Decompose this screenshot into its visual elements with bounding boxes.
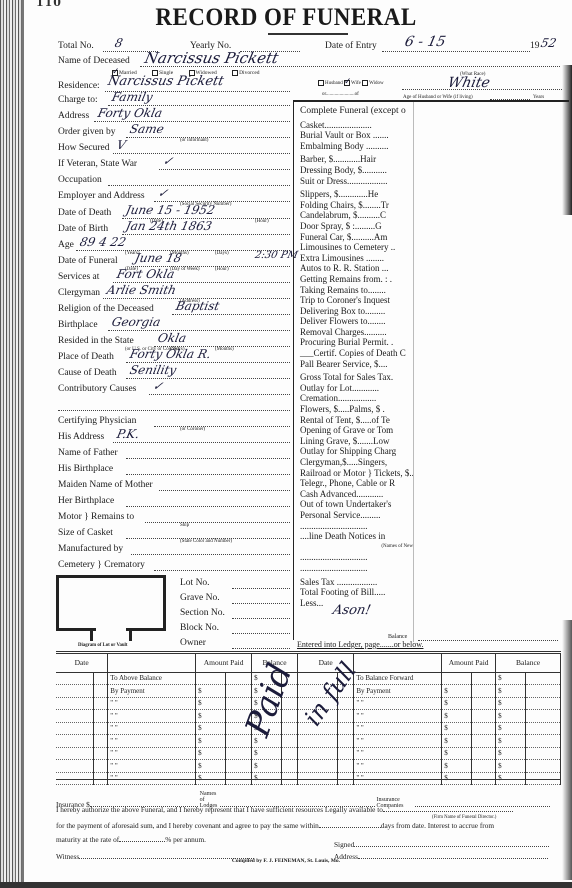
charge-line-item[interactable]: Burial Vault or Box ....... [296, 130, 413, 141]
race-value[interactable]: White [446, 75, 491, 91]
ledger-balance[interactable]: $ [496, 672, 526, 685]
date-of-entry-line [382, 51, 530, 52]
detail-input-line[interactable] [113, 153, 290, 154]
charge-line-item[interactable]: Telegr., Phone, Cable or R [296, 478, 413, 489]
ledger-cell[interactable] [282, 735, 298, 748]
ledger-cell[interactable] [472, 747, 496, 760]
checkbox-widow[interactable] [362, 80, 368, 86]
ledger-amount-paid[interactable]: $ [196, 697, 226, 710]
detail-label: Religion of the Deceased [58, 304, 154, 314]
ledger-row: " "$$ [298, 722, 561, 735]
year-prefix: 19 [530, 41, 540, 51]
ledger-amount-paid[interactable]: $ [196, 722, 226, 735]
charge-line-item[interactable]: .............................. [296, 552, 413, 563]
charges-list: Complete Funeral (except oCasket........… [296, 102, 414, 642]
ledger-amount-paid[interactable]: $ [442, 747, 472, 760]
charge-line-item[interactable]: Removal Charges.......... [296, 327, 413, 338]
charge-line-item[interactable]: Getting Remains from. : . [296, 274, 413, 285]
ledger-cell[interactable] [56, 760, 94, 773]
charge-line-item[interactable]: Candelabrum, $..........C [296, 210, 413, 221]
detail-value[interactable]: June 15 - 1952 [124, 203, 216, 217]
detail-label: If Veteran, State War [58, 159, 137, 169]
detail-label: Occupation [58, 175, 102, 185]
charge-line-item[interactable]: Suit or Dress.................. [296, 176, 413, 187]
ledger-amount-paid[interactable]: $ [196, 735, 226, 748]
detail-label: Resided in the State [58, 336, 134, 346]
charge-line-item[interactable]: Taking Remains to........ [296, 285, 413, 296]
ledger-cell[interactable] [56, 735, 94, 748]
book-binding [0, 0, 22, 888]
lot-diagram-box [56, 575, 166, 631]
or-of-label: or.......................of [322, 92, 359, 97]
charge-line-item[interactable]: Autos to R. R. Station ... [296, 263, 413, 274]
days-input[interactable] [319, 827, 381, 828]
maturity-text: maturity at the rate of [56, 835, 119, 844]
ledger-cell[interactable] [56, 685, 94, 698]
detail-label: His Birthplace [58, 464, 113, 474]
ledger-balance[interactable]: $ [496, 710, 526, 723]
ledger-description[interactable]: " " [354, 760, 442, 773]
ledger-cell[interactable] [526, 697, 561, 710]
detail-value[interactable]: Forty Okla R. [129, 347, 213, 361]
detail-label: Date of Death [58, 208, 111, 218]
ledger-cell[interactable] [442, 672, 472, 685]
ledger-cell[interactable] [56, 697, 94, 710]
ledger-header: Amount Paid [196, 654, 252, 672]
ledger-description[interactable]: To Balance Forward [354, 672, 442, 685]
ledger-cell[interactable] [298, 735, 338, 748]
ledger-description[interactable]: " " [108, 697, 196, 710]
detail-input-line[interactable] [113, 442, 290, 443]
ledger-cell[interactable] [94, 735, 108, 748]
ledger-cell[interactable] [526, 747, 561, 760]
detail-input-line[interactable] [58, 410, 290, 411]
lot-field-label: Lot No. [180, 578, 210, 588]
charge-line-item[interactable]: (Names of New [296, 542, 413, 553]
detail-label: Cemetery } Crematory [58, 560, 145, 570]
detail-hint: (Hour) [215, 267, 229, 272]
lot-field-label: Grave No. [180, 593, 220, 603]
checkbox-divorced[interactable] [232, 70, 238, 76]
ledger-description[interactable]: To Above Balance [108, 672, 196, 685]
detail-input-line[interactable] [145, 522, 290, 523]
residence-label: Residence: [58, 81, 100, 91]
ledger-description[interactable]: " " [108, 760, 196, 773]
ledger-cell[interactable] [526, 735, 561, 748]
charge-line-item[interactable]: Deliver Flowers to........ [296, 316, 413, 327]
ledger-header: Balance [496, 654, 561, 672]
detail-input-line[interactable] [126, 506, 290, 507]
ledger-row: " "$$ [56, 747, 298, 760]
ledger-cell[interactable] [298, 747, 338, 760]
ledger-description[interactable]: " " [108, 735, 196, 748]
detail-value[interactable]: P.K. [115, 427, 140, 441]
detail-label: Birthplace [58, 320, 98, 330]
ledger-row: " "$$ [298, 747, 561, 760]
ledger-header: Date [56, 654, 108, 672]
authorize-row: I hereby authorize the above Funeral, an… [56, 805, 513, 814]
detail-input-line[interactable] [126, 474, 290, 475]
charge-line-item[interactable]: Flowers, $.....Palms, $ . [296, 404, 413, 415]
lot-field-label: Section No. [180, 608, 225, 618]
funeral-record-page: 110 RECORD OF FUNERAL Total No. 8 Yearly… [0, 0, 572, 888]
ledger-amount-paid[interactable]: $ [442, 710, 472, 723]
detail-label: Services at [58, 272, 99, 282]
detail-label: Charge to: [58, 95, 98, 105]
ledger-cell[interactable] [56, 722, 94, 735]
lot-field-input[interactable] [232, 648, 290, 649]
firm-input[interactable] [383, 811, 513, 812]
detail-hint: (Hour) [255, 219, 269, 224]
detail-value[interactable]: Family [111, 90, 154, 104]
binding-edge [22, 0, 24, 888]
spouse-widow[interactable]: Widow [362, 81, 384, 86]
signed-label: Signed [334, 840, 354, 849]
ledger-amount-paid[interactable]: $ [442, 760, 472, 773]
ledger-cell[interactable] [338, 735, 354, 748]
detail-label: How Secured [58, 143, 109, 153]
lot-field-input[interactable] [232, 633, 290, 634]
ledger-cell[interactable] [56, 710, 94, 723]
ledger-amount-paid[interactable]: $ [442, 722, 472, 735]
charge-line-item[interactable]: Clergyman,$.....Singers, [296, 457, 413, 468]
ledger-cell[interactable] [472, 722, 496, 735]
ledger-cell[interactable] [94, 747, 108, 760]
ledger-row: " "$$ [298, 735, 561, 748]
detail-input-line[interactable] [108, 185, 290, 186]
charge-line-item[interactable]: Casket..................... [296, 120, 413, 131]
charge-line-item[interactable]: Cash Advanced............ [296, 489, 413, 500]
ledger-amount-paid[interactable]: $ [196, 760, 226, 773]
detail-label: Employer and Address [58, 191, 145, 201]
payment-text: for the payment of aforesaid sum, and I … [56, 821, 319, 830]
checkbox-husband[interactable] [318, 80, 324, 86]
charge-line-item[interactable]: Lining Grave, $.......Low [296, 436, 413, 447]
charge-line-item[interactable]: Slippers, $.............He [296, 189, 413, 200]
ledger-description[interactable]: " " [108, 747, 196, 760]
lot-diagram-opening [90, 631, 132, 641]
ledger-cell[interactable] [526, 710, 561, 723]
detail-label: Order given by [58, 127, 116, 137]
detail-value[interactable]: Arlie Smith [106, 283, 178, 297]
detail-label: Address [58, 111, 89, 121]
charge-line-item[interactable]: Total Footing of Bill..... [296, 587, 413, 598]
ledger-row: " "$$ [298, 710, 561, 723]
detail-value[interactable]: 89 4 22 [78, 235, 127, 249]
ledger-cell[interactable] [282, 760, 298, 773]
ledger-bottom-rule [56, 779, 561, 780]
ledger-cell[interactable] [94, 672, 108, 685]
ledger-row: " "$$ [56, 760, 298, 773]
detail-label: Certifying Physician [58, 416, 136, 426]
detail-label: Cause of Death [58, 368, 117, 378]
charge-line-item[interactable]: Embalming Body .......... [296, 141, 413, 152]
ledger-amount-paid[interactable]: $ [442, 735, 472, 748]
detail-label: Motor } Remains to [58, 512, 134, 522]
ledger-balance[interactable]: $ [496, 735, 526, 748]
detail-hint: (or Coroner) [180, 427, 205, 432]
deceased-name-value[interactable]: Narcissus Pickett [143, 49, 280, 67]
ledger-cell[interactable] [472, 672, 496, 685]
ledger-cell[interactable] [338, 760, 354, 773]
percent-text: % per annum. [165, 835, 206, 844]
ledger-balance[interactable]: $ [496, 697, 526, 710]
ledger-cell[interactable] [226, 735, 252, 748]
date-of-entry-label: Date of Entry [325, 41, 377, 51]
detail-label: Her Birthplace [58, 496, 114, 506]
charge-line-item[interactable]: Out of town Undertaker's [296, 499, 413, 510]
detail-value[interactable]: June 18 [134, 251, 183, 265]
charge-line-item[interactable]: Outlay for Shipping Charg [296, 446, 413, 457]
detail-hint: (Days) [215, 251, 229, 256]
charge-line-item[interactable]: Gross Total for Sales Tax. [296, 372, 413, 383]
ledger-description[interactable]: By Payment [108, 685, 196, 698]
ledger-balance[interactable]: $ [496, 722, 526, 735]
charge-line-item[interactable]: .............................. [296, 563, 413, 574]
days-text: days from date. Interest to accrue from [381, 821, 494, 830]
detail-value[interactable]: V [115, 138, 127, 152]
compiled-by-credit: Compiled by F. J. FEINEMAN, St. Louis, M… [0, 858, 572, 864]
ledger-description[interactable]: By Payment [354, 685, 442, 698]
lot-field-label: Owner [180, 638, 206, 648]
detail-label: Manufactured by [58, 544, 123, 554]
detail-value[interactable]: ✓ [152, 379, 165, 393]
detail-value[interactable]: Baptist [175, 299, 221, 313]
detail-input-line[interactable] [131, 554, 290, 555]
ledger-cell[interactable] [472, 735, 496, 748]
charge-line-item[interactable]: Cremation................. [296, 393, 413, 404]
charge-line-item[interactable]: .............................. [296, 521, 413, 532]
spouse-options: Husband Wife Widow [318, 80, 384, 86]
ledger-cell[interactable] [94, 760, 108, 773]
lot-field-input[interactable] [232, 603, 290, 604]
charge-line-item[interactable]: Folding Chairs, $........Tr [296, 200, 413, 211]
checkbox-wife[interactable] [344, 80, 350, 86]
detail-value[interactable]: Senility [129, 363, 178, 377]
charge-line-item[interactable]: Complete Funeral (except o [296, 102, 413, 117]
signed-input[interactable] [354, 846, 549, 847]
ledger-amount-paid[interactable]: $ [442, 697, 472, 710]
charge-line-item[interactable]: Railroad or Motor } Tickets, $....... [296, 468, 413, 479]
ledger-cell[interactable] [472, 710, 496, 723]
spouse-husband[interactable]: Husband [318, 81, 343, 86]
detail-label: Date of Birth [58, 224, 108, 234]
ledger-cell[interactable] [226, 747, 252, 760]
charge-line-item[interactable]: Trip to Coroner's Inquest [296, 295, 413, 306]
charge-line-item[interactable]: ....line Death Notices in [296, 531, 413, 542]
charge-line-item[interactable]: Barber, $............Hair [296, 154, 413, 165]
detail-input-line[interactable] [126, 378, 290, 379]
detail-label: Maiden Name of Mother [58, 480, 153, 490]
ledger-cell[interactable] [298, 760, 338, 773]
charge-line-item[interactable]: Extra Limousines ........ [296, 253, 413, 264]
residence-value[interactable]: Narcissus Pickett [106, 74, 225, 89]
detail-value[interactable]: Same [129, 122, 166, 136]
ledger-cell[interactable] [338, 710, 354, 723]
charge-line-item[interactable]: Opening of Grave or Tom [296, 425, 413, 436]
ledger-cell[interactable] [526, 722, 561, 735]
ledger-cell[interactable] [56, 747, 94, 760]
detail-input-line[interactable] [108, 330, 290, 331]
ledger-header: Amount Paid [442, 654, 496, 672]
detail-value[interactable]: Jan 24th 1863 [124, 219, 213, 233]
signed-row: Signed [334, 840, 549, 849]
detail-input-line[interactable] [154, 426, 290, 427]
charge-line-item[interactable]: Limousines to Cemetery .. [296, 242, 413, 253]
detail-label: Place of Death [58, 352, 114, 362]
detail-value[interactable]: Georgia [111, 315, 162, 329]
ledger-amount-paid[interactable]: $ [196, 685, 226, 698]
detail-input-line[interactable] [126, 458, 290, 459]
charge-line-item[interactable]: Outlay for Lot............ [296, 383, 413, 394]
detail-hint: (State Color and Number) [180, 539, 232, 544]
ledger-cell[interactable] [282, 722, 298, 735]
ledger-balance[interactable]: $ [496, 760, 526, 773]
spouse-wife[interactable]: Wife [344, 81, 361, 86]
diagram-caption: Diagram of Lot or Vault [78, 643, 127, 648]
ledger-cell[interactable] [94, 685, 108, 698]
detail-hint: (or informant) [180, 138, 208, 143]
ledger-description[interactable]: " " [354, 697, 442, 710]
ledger-cell[interactable] [94, 710, 108, 723]
detail-value[interactable]: Okla [157, 331, 188, 345]
charge-line-item[interactable]: Delivering Box to......... [296, 306, 413, 317]
ledger-amount-paid[interactable]: $ [196, 747, 226, 760]
document-title: RECORD OF FUNERAL [23, 4, 549, 32]
ledger-balance[interactable]: $ [252, 747, 282, 760]
charge-line-item[interactable]: Sales Tax .................. [296, 577, 413, 588]
ledger-balance[interactable]: $ [496, 747, 526, 760]
ledger-description[interactable]: " " [108, 710, 196, 723]
total-no-value[interactable]: 8 [114, 36, 125, 50]
deceased-name-label: Name of Deceased [58, 56, 130, 66]
ledger-description[interactable]: " " [354, 747, 442, 760]
maturity-row: maturity at the rate of% per annum. [56, 835, 206, 844]
title-underline [268, 33, 348, 35]
ledger-cell[interactable] [226, 760, 252, 773]
detail-value[interactable]: ✓ [157, 186, 170, 200]
ledger-cell[interactable] [226, 672, 252, 685]
ledger-description[interactable]: " " [108, 722, 196, 735]
ledger-cell[interactable] [338, 747, 354, 760]
detail-value[interactable]: Fort Okla [115, 267, 175, 281]
charge-line-item[interactable]: Procuring Burial Permit. . [296, 337, 413, 348]
less-value[interactable]: Ason! [331, 603, 372, 618]
total-no-label: Total No. [58, 41, 94, 51]
lot-field-input[interactable] [232, 618, 290, 619]
firm-hint: (Firm Name of Funeral Director.) [432, 815, 496, 820]
ledger-entry-label: Entered into Ledger, page.......or below… [297, 640, 423, 649]
ledger-cell[interactable] [282, 747, 298, 760]
detail-input-line[interactable] [159, 490, 290, 491]
ledger-cell[interactable] [94, 697, 108, 710]
detail-label: Age [58, 240, 74, 250]
ledger-description[interactable]: " " [354, 710, 442, 723]
ledger-amount-paid[interactable]: $ [442, 685, 472, 698]
authorize-text: I hereby authorize the above Funeral, an… [56, 805, 383, 814]
ledger-description[interactable]: " " [354, 735, 442, 748]
charge-line-item[interactable]: ___Certif. Copies of Death C [296, 348, 413, 359]
detail-hint: Ship [180, 523, 189, 528]
ledger-cell[interactable] [472, 760, 496, 773]
ledger-amount-paid[interactable]: $ [196, 710, 226, 723]
ledger-description[interactable]: " " [354, 722, 442, 735]
page-bottom-edge [0, 882, 572, 888]
detail-input-line[interactable] [94, 121, 290, 122]
ledger-cell[interactable] [338, 722, 354, 735]
detail-value[interactable]: Forty Okla [97, 106, 164, 120]
detail-label: Date of Funeral [58, 256, 118, 266]
ledger-cell[interactable] [196, 672, 226, 685]
charge-line-item[interactable]: Personal Service......... [296, 510, 413, 521]
ledger-header [354, 654, 442, 672]
ledger-cell[interactable] [94, 722, 108, 735]
ledger-balance[interactable]: $ [496, 685, 526, 698]
charge-line-item[interactable]: Rental of Tent, $.....of Te [296, 415, 413, 426]
detail-label: Name of Father [58, 448, 118, 458]
ledger-cell[interactable] [472, 685, 496, 698]
detail-input-line[interactable] [159, 169, 290, 170]
charge-line-item[interactable]: Pall Bearer Service, $.... [296, 359, 413, 370]
ledger-cell[interactable] [472, 697, 496, 710]
detail-label: His Address [58, 432, 104, 442]
charge-line-item[interactable]: Door Spray, $ :.........G [296, 221, 413, 232]
lot-field-label: Block No. [180, 623, 219, 633]
detail-hint: (Months) [215, 347, 234, 352]
ledger-cell[interactable] [526, 685, 561, 698]
ledger-row: " "$$ [298, 760, 561, 773]
detail-input-line[interactable] [172, 314, 290, 315]
detail-input-line[interactable] [122, 234, 290, 235]
detail-value[interactable]: ✓ [161, 154, 174, 168]
year-value[interactable]: 52 [540, 36, 558, 50]
detail-label: Clergyman [58, 288, 100, 298]
charge-line-item[interactable]: Funeral Car, $..........Am [296, 232, 413, 243]
ledger-cell[interactable] [526, 760, 561, 773]
page-edge-shadow [562, 620, 572, 880]
charge-line-item[interactable]: Dressing Body, $........... [296, 165, 413, 176]
ledger-cell[interactable] [526, 672, 561, 685]
ledger-cell[interactable] [56, 672, 94, 685]
ledger-balance[interactable]: $ [252, 760, 282, 773]
lot-field-input[interactable] [232, 588, 290, 589]
detail-input-line[interactable] [149, 394, 290, 395]
ledger-header [108, 654, 196, 672]
rate-input[interactable] [119, 841, 165, 842]
detail-label: Contributory Causes [58, 384, 136, 394]
payment-row: for the payment of aforesaid sum, and I … [56, 821, 494, 830]
marital-divorced[interactable]: Divorced [232, 70, 259, 76]
date-of-entry-value[interactable]: 6 - 15 [403, 34, 447, 50]
detail-input-line[interactable] [154, 570, 290, 571]
charges-panel: Complete Funeral (except oCasket........… [293, 100, 569, 640]
detail-label: Size of Casket [58, 528, 113, 538]
ledger-cell[interactable] [226, 685, 252, 698]
balance-line [418, 640, 558, 641]
